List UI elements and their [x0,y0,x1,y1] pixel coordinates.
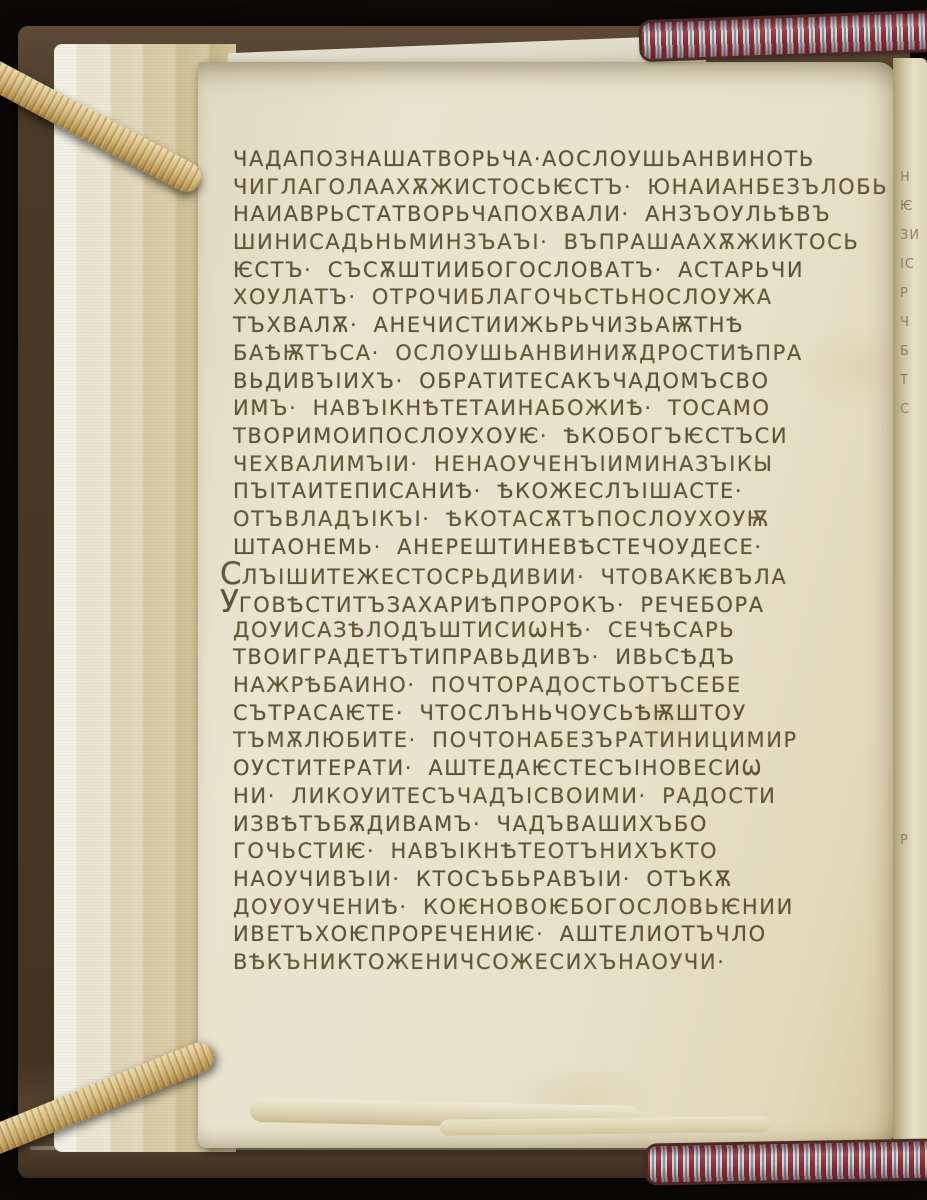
manuscript-line: ДОУОУЧЕНИѢ· КОѤНОВОѤБОГОСЛОВЬѤНИИ [233,894,905,922]
manuscript-line: ШТАОНЕМЬ· АНЕРЕШТИНЕВѢСТЕЧОУДЕСЕ· [233,534,905,562]
manuscript-line: ТЪМѪЛЮБИТЕ· ПОЧТОНАБЕЗЪРАТИНИЦИМИР [233,727,905,755]
manuscript-line: НИ· ЛИКОУИТЕСЪЧАДЪІСВОИМИ· РАДОСТИ [233,783,905,811]
manuscript-line: ПЪІТАИТЕПИСАНИѢ· ѢКОЖЕСЛЪІШАСТЕ· [233,478,905,506]
endband-bottom [648,1142,927,1183]
manuscript-line: ЧЕХВАЛИМЪІИ· НЕНАОУЧЕНЪІИМИНАЗЪІКЫ [233,451,905,479]
manuscript-line: ЧАДАПОЗНАШАТВОРЬЧА·АОСЛОУШЬАНВИНОТЬ [233,146,905,174]
manuscript-line: ѤСТЪ· СЪСѪШТИИБОГОСЛОВАТЪ· АСТАРЬЧИ [233,257,905,285]
manuscript-line: СЛЪІШИТЕЖЕСТОСРЬДИВИИ· ЧТОВАКѤВЪЛА [233,561,905,589]
manuscript-line: НАЖРѢБАИНО· ПОЧТОРАДОСТЬОТЪСЕБЕ [233,672,905,700]
manuscript-line: ИМЪ· НАВЪІКНѢТЕТАИНАБОЖИѢ· ТОСАМО [233,395,905,423]
manuscript-text: ЧАДАПОЗНАШАТВОРЬЧА·АОСЛОУШЬАНВИНОТЬЧИГЛА… [233,146,905,977]
manuscript-line: ХОУЛАТЪ· ОТРОЧИБЛАГОЧЬСТЬНОСЛОУЖА [233,284,905,312]
manuscript-line: УГОВѢСТИТЪЗАХАРИѢПРОРОКЪ· РЕЧЕБОРА [233,589,905,617]
manuscript-line: ВѢКЪНИКТОЖЕНИЧСОЖЕСИХЪНАОУЧИ· [233,949,905,977]
manuscript-line: СЪТРАСАѤТЕ· ЧТОСЛЪНЬЧОУСЬѢѬШТОУ [233,700,905,728]
manuscript-line: ЧИГЛАГОЛААХѪЖИСТОСЬѤСТЪ· ЮНАИАНБЕЗЪЛОБЬ [233,174,905,202]
manuscript-line: ДОУИСАЗѢЛОДЪШТИСИѠНѢ· СЕЧѢСАРЬ [233,617,905,645]
manuscript-line: ШИНИСАДЬНЬМИНЗЪАЪІ· ВЪПРАШААХѪЖИКТОСЬ [233,229,905,257]
manuscript-line: ОУСТИТЕРАТИ· АШТЕДАѤСТЕСЪІНОВЕСИѠ [233,755,905,783]
manuscript-line: БАѢѬТЪСА· ОСЛОУШЬАНВИНИѪДРОСТИѢПРА [233,340,905,368]
manuscript-line: ИВЕТЪХОѤПРОРЕЧЕНИѤ· АШТЕЛИОТЪЧЛО [233,921,905,949]
manuscript-line: НАИАВРЬСТАТВОРЬЧАПОХВАЛИ· АНЗЪОУЛЬѢВЪ [233,201,905,229]
manuscript-line: ИЗВѢТЪБѪДИВАМЪ· ЧАДЪВАШИХЪБО [233,811,905,839]
manuscript-line: ОТЪВЛАДЪІКЪІ· ѢКОТАСѪТЪПОСЛОУХОУѬ [233,506,905,534]
manuscript-line: ТВОИГРАДЕТЪТИПРАВЬДИВЪ· ИВЬСѢДЪ [233,644,905,672]
manuscript-line: ТВОРИМОИПОСЛОУХОУѤ· ѢКОБОГЪѤСТЪСИ [233,423,905,451]
manuscript-line: ВЬДИВЪІИХЪ· ОБРАТИТЕСАКЪЧАДОМЪСВО [233,368,905,396]
manuscript-line: ТЪХВАЛѪ· АНЕЧИСТИИЖЬРЬЧИЗЬАѬТНѢ [233,312,905,340]
manuscript-photo: НѤЗИІСРЧБТС Р ЧАДАПОЗНАШАТВОРЬЧА·АОСЛОУШ… [0,0,927,1200]
manuscript-line: НАОУЧИВЪІИ· КТОСЪБЬРАВЪІИ· ОТЪКѪ [233,866,905,894]
manuscript-line: ГОЧЬСТИѤ· НАВЪІКНѢТЕОТЪНИХЪКТО [233,838,905,866]
